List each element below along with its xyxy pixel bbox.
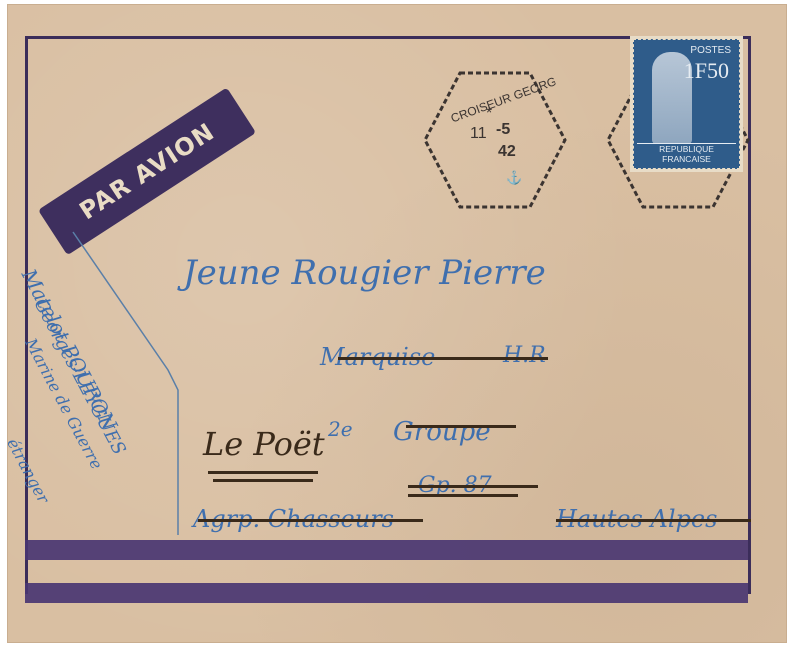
recipient-name: Jeune Rougier Pierre [183, 253, 546, 293]
strikethrough [406, 425, 516, 428]
stamp-value: 1F50 [684, 58, 729, 84]
forwarding-place: Le Poët [203, 425, 325, 463]
airmail-bar-lower [25, 583, 748, 603]
postmark-year: 42 [498, 143, 516, 161]
postmark-month: -5 [496, 121, 510, 139]
postmark-anchor-icon: ⚓ [506, 170, 522, 186]
address-line-group: Groupe [393, 417, 491, 447]
postage-stamp: POSTES 1F50 REPUBLIQUE FRANCAISE [633, 39, 740, 169]
postmark-day: 11 [470, 125, 487, 143]
underline [208, 471, 318, 474]
underline [213, 479, 313, 482]
strikethrough [556, 519, 751, 522]
strikethrough [338, 357, 548, 360]
stamp-header: POSTES [690, 45, 731, 56]
strikethrough [408, 494, 518, 497]
airmail-bar-upper [25, 540, 748, 560]
postmark-star: * [486, 105, 492, 123]
address-line-unit-suffix: H.R [503, 343, 546, 368]
strikethrough [408, 485, 538, 488]
address-line-prefix: 2e [328, 417, 353, 441]
envelope: PAR AVION CROISEUR GEORGES LEYGUES * 11 … [8, 5, 786, 642]
strikethrough [198, 519, 423, 522]
stamp-country: REPUBLIQUE FRANCAISE [637, 143, 736, 164]
